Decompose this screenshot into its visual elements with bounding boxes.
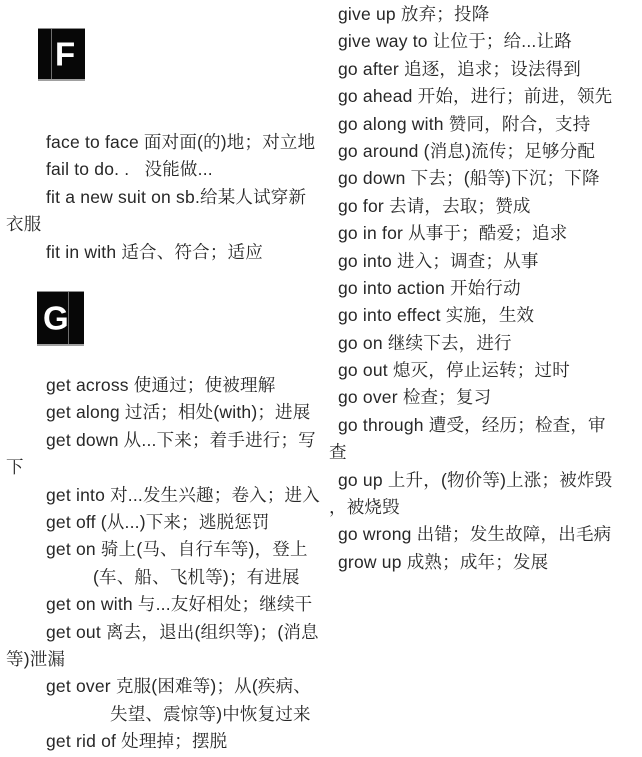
entry-line: go wrong 出错；发生故障，出毛病: [321, 521, 642, 548]
entry-line: go around (消息)流传；足够分配: [321, 138, 642, 165]
left-column: F face to face 面对面(的)地；对立地fail to do. . …: [0, 0, 321, 757]
entry-line: 等)泄漏: [0, 646, 321, 673]
section-header-g: G: [37, 291, 84, 346]
section-header-f: F: [38, 28, 85, 81]
entry-line: go along with 赞同，附合，支持: [321, 111, 642, 138]
g-entries-list-left: get across 使通过；使被理解get along 过活；相处(with)…: [0, 372, 321, 755]
entry-line: go on 继续下去，进行: [321, 330, 642, 357]
entry-line: give way to 让位于；给...让路: [321, 28, 642, 55]
right-column: give up 放弃；投降give way to 让位于；给...让路go af…: [321, 0, 642, 757]
entry-line: get on with 与...友好相处；继续干: [0, 591, 321, 618]
entry-line: go in for 从事于；酷爱；追求: [321, 220, 642, 247]
entry-line: get off (从...)下来；逃脱惩罚: [0, 509, 321, 536]
entry-line: go over 检查；复习: [321, 384, 642, 411]
entry-line: go up 上升，(物价等)上涨；被炸毁: [321, 467, 642, 494]
entry-line: get down 从...下来；着手进行；写: [0, 427, 321, 454]
section-letter-f-label: F: [55, 38, 75, 71]
entry-line: go down 下去；(船等)下沉；下降: [321, 165, 642, 192]
entry-line: grow up 成熟；成年；发展: [321, 549, 642, 576]
entry-line: 下: [0, 454, 321, 481]
entry-line: give up 放弃；投降: [321, 1, 642, 28]
entry-line: 失望、震惊等)中恢复过来: [0, 701, 321, 728]
entry-line: fit in with 适合、符合；适应: [0, 239, 321, 266]
entry-line: 查: [321, 439, 642, 466]
section-letter-g-label: G: [43, 302, 69, 335]
entry-line: get across 使通过；使被理解: [0, 372, 321, 399]
letter-box-divider: [51, 29, 52, 79]
entry-line: ，被烧毁: [321, 494, 642, 521]
entry-line: go into 进入；调查；从事: [321, 248, 642, 275]
entry-line: get over 克服(困难等)；从(疾病、: [0, 673, 321, 700]
entry-line: face to face 面对面(的)地；对立地: [0, 129, 321, 156]
entry-line: get along 过活；相处(with)；进展: [0, 399, 321, 426]
vocabulary-page: F face to face 面对面(的)地；对立地fail to do. . …: [0, 0, 642, 757]
entry-line: go out 熄灭，停止运转；过时: [321, 357, 642, 384]
entry-line: go ahead 开始，进行；前进，领先: [321, 83, 642, 110]
entry-line: (车、船、飞机等)；有进展: [0, 564, 321, 591]
entry-line: go after 追逐，追求；设法得到: [321, 56, 642, 83]
entry-line: go into action 开始行动: [321, 275, 642, 302]
entry-line: fail to do. . 没能做...: [0, 156, 321, 183]
entry-line: fit a new suit on sb.给某人试穿新: [0, 184, 321, 211]
entry-line: get rid of 处理掉；摆脱: [0, 728, 321, 755]
g-entries-list-right: give up 放弃；投降give way to 让位于；给...让路go af…: [321, 1, 642, 576]
entry-line: get into 对...发生兴趣；卷入；进入: [0, 482, 321, 509]
f-entries-list: face to face 面对面(的)地；对立地fail to do. . 没能…: [0, 129, 321, 266]
entry-line: go into effect 实施，生效: [321, 302, 642, 329]
entry-line: get out 离去，退出(组织等)；(消息: [0, 619, 321, 646]
entry-line: go through 遭受，经历；检查，审: [321, 412, 642, 439]
entry-line: get on 骑上(马、自行车等)，登上: [0, 536, 321, 563]
entry-line: 衣服: [0, 211, 321, 238]
entry-line: go for 去请，去取；赞成: [321, 193, 642, 220]
